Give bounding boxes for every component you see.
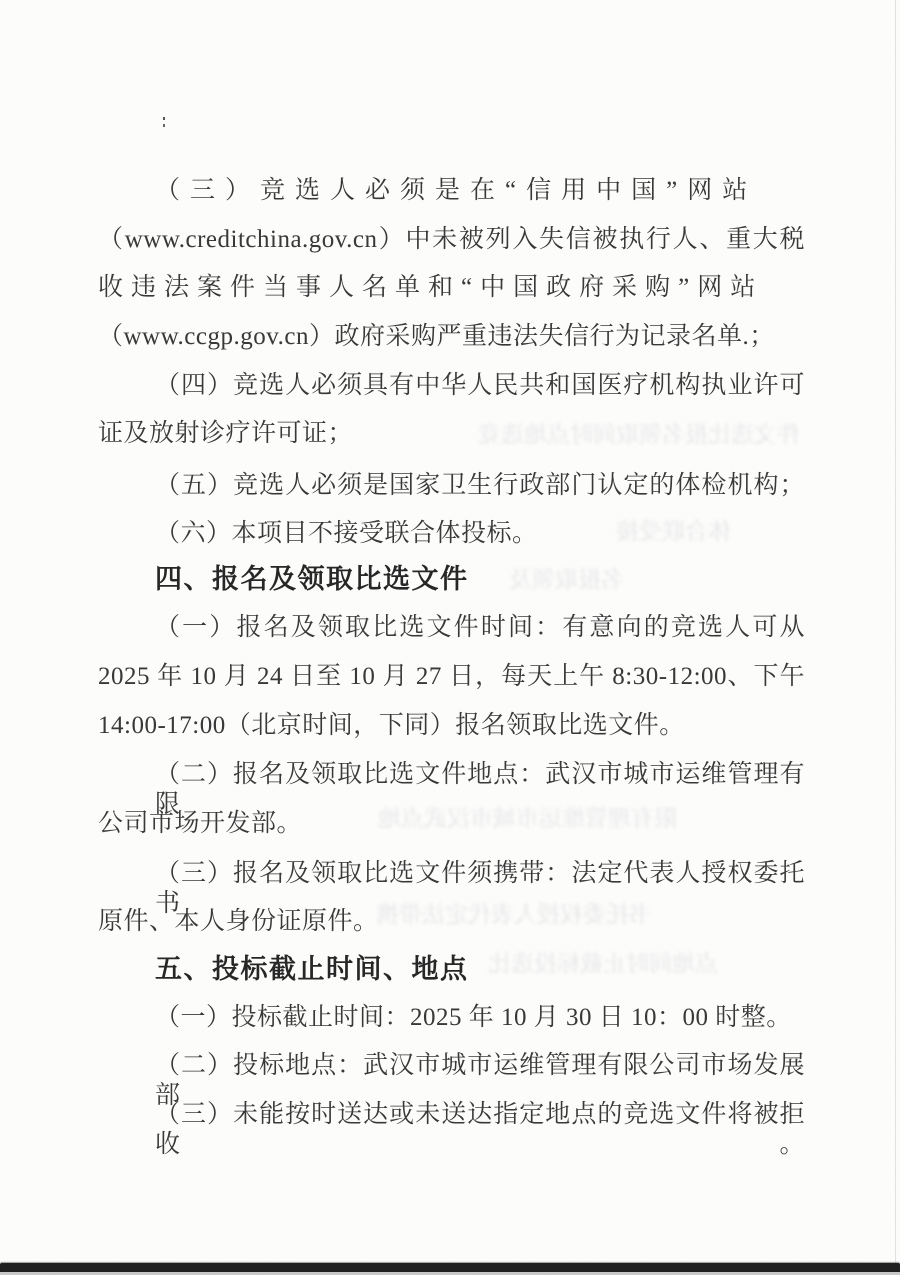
document-page: 件文选比报名领取间时点地选竞 体合联受接 名报取领及 限有理管维运市城市汉武点地… xyxy=(0,0,900,1275)
doc-line: 原件、本人身份证原件。 xyxy=(98,907,805,937)
doc-line: 2025 年 10 月 24 日至 10 月 27 日，每天上午 8:30-12… xyxy=(98,662,805,692)
doc-line: （一）报名及领取比选文件时间：有意向的竞选人可从 xyxy=(98,613,805,643)
doc-line: 证及放射诊疗许可证； xyxy=(98,419,805,449)
doc-line: 14:00-17:00（北京时间，下同）报名领取比选文件。 xyxy=(98,711,805,741)
doc-line: 公司市场开发部。 xyxy=(98,809,805,839)
doc-line: （www.ccgp.gov.cn）政府采购严重违法失信行为记录名单.； xyxy=(98,322,805,352)
doc-line: （一）投标截止时间：2025 年 10 月 30 日 10：00 时整。 xyxy=(98,1003,805,1033)
doc-line: （三）竞选人必须是在“信用中国”网站 xyxy=(98,176,805,206)
doc-line: （五）竞选人必须是国家卫生行政部门认定的体检机构； xyxy=(98,471,805,501)
doc-line: （六）本项目不接受联合体投标。 xyxy=(98,519,805,549)
doc-line: （www.creditchina.gov.cn）中未被列入失信被执行人、重大税 xyxy=(98,225,805,255)
section-heading-4: 四、报名及领取比选文件 xyxy=(98,564,805,594)
doc-line: 收违法案件当事人名单和“中国政府采购”网站 xyxy=(98,273,805,303)
scan-bottom-bar xyxy=(0,1263,900,1272)
section-heading-5: 五、投标截止时间、地点 xyxy=(98,954,805,984)
doc-line: （三）未能按时送达或未送达指定地点的竞选文件将被拒收。 xyxy=(98,1100,805,1160)
scan-right-edge xyxy=(895,0,896,1275)
doc-line: （四）竞选人必须具有中华人民共和国医疗机构执业许可 xyxy=(98,371,805,401)
ink-speck xyxy=(163,117,165,120)
